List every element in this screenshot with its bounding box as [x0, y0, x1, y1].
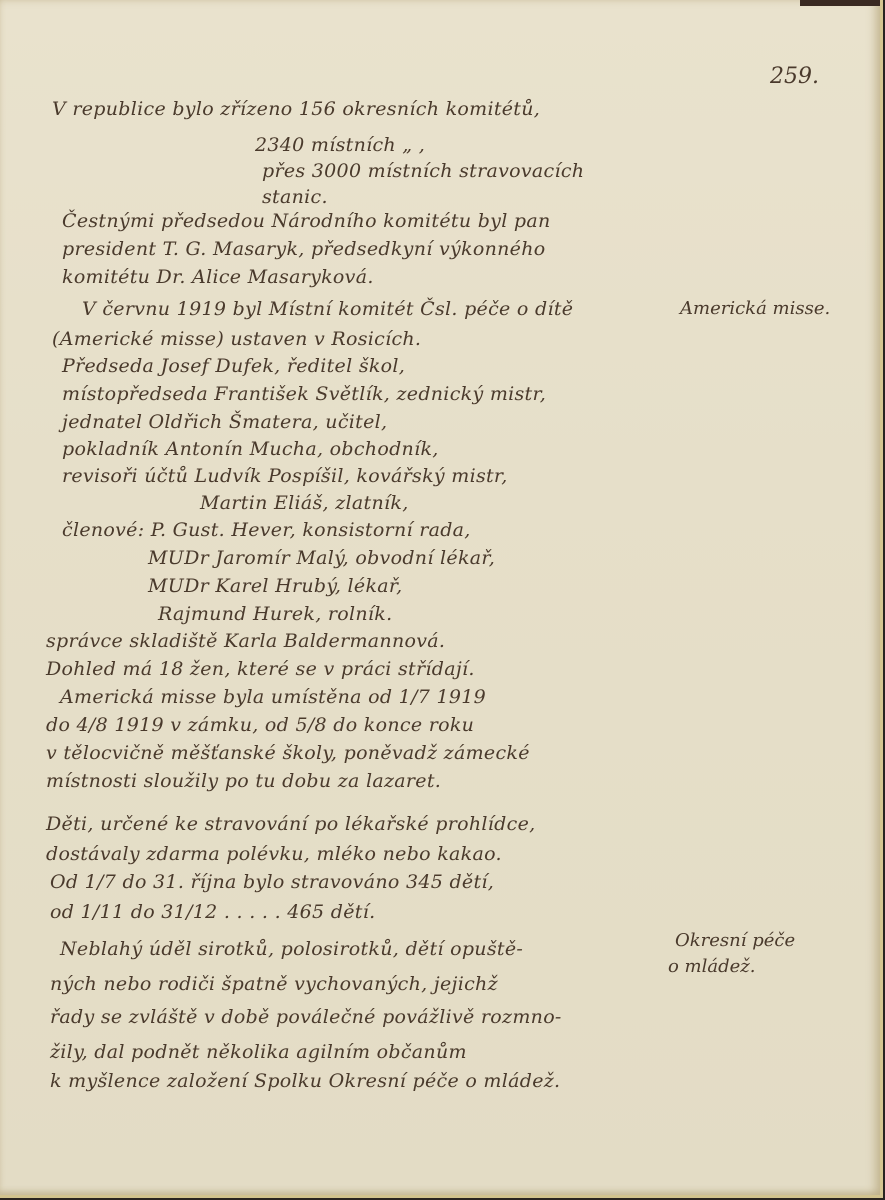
handwritten-line: místnosti sloužily po tu dobu za lazaret…: [46, 772, 441, 791]
handwritten-line: MUDr Karel Hrubý, lékař,: [148, 577, 403, 596]
handwritten-line: přes 3000 místních stravovacích: [262, 162, 584, 181]
handwritten-line: k myšlence založení Spolku Okresní péče …: [50, 1072, 560, 1091]
handwritten-line: V republice bylo zřízeno 156 okresních k…: [52, 100, 540, 119]
handwritten-line: pokladník Antonín Mucha, obchodník,: [62, 440, 439, 459]
handwritten-line: komitétu Dr. Alice Masaryková.: [62, 268, 374, 287]
handwritten-line: Neblahý úděl sirotků, polosirotků, dětí …: [60, 940, 523, 959]
handwritten-line: ných nebo rodiči špatně vychovaných, jej…: [50, 975, 498, 994]
manuscript-page: 259. V republice bylo zřízeno 156 okresn…: [0, 0, 883, 1198]
handwritten-line: revisoři účtů Ludvík Pospíšil, kovářský …: [62, 467, 508, 486]
handwritten-line: místopředseda František Světlík, zednick…: [62, 385, 546, 404]
handwritten-line: Čestnými předsedou Národního komitétu by…: [62, 212, 551, 231]
handwritten-line: jednatel Oldřich Šmatera, učitel,: [62, 413, 387, 432]
handwritten-line: (Americké misse) ustaven v Rosicích.: [52, 330, 421, 349]
page-number: 259.: [770, 64, 819, 89]
handwritten-line: správce skladiště Karla Baldermannová.: [46, 632, 445, 651]
margin-note: Okresní péče: [675, 932, 795, 950]
handwritten-line: řady se zvláště v době poválečné povážli…: [50, 1008, 562, 1027]
handwritten-line: v tělocvičně měšťanské školy, poněvadž z…: [46, 744, 530, 763]
handwritten-line: stanic.: [262, 188, 328, 207]
page-corner-shadow: [800, 0, 880, 6]
handwritten-line: Rajmund Hurek, rolník.: [158, 605, 392, 624]
handwritten-line: Děti, určené ke stravování po lékařské p…: [46, 815, 535, 834]
handwritten-line: MUDr Jaromír Malý, obvodní lékař,: [148, 549, 495, 568]
handwritten-line: žily, dal podnět několika agilním občanů…: [50, 1043, 467, 1062]
handwritten-line: Americká misse byla umístěna od 1/7 1919: [60, 688, 486, 707]
handwritten-line: členové: P. Gust. Hever, konsistorní rad…: [62, 521, 471, 540]
handwritten-line: Předseda Josef Dufek, ředitel škol,: [62, 357, 405, 376]
handwritten-line: Od 1/7 do 31. října bylo stravováno 345 …: [50, 873, 494, 892]
handwritten-line: V červnu 1919 byl Místní komitét Čsl. pé…: [82, 300, 573, 319]
handwritten-line: dostávaly zdarma polévku, mléko nebo kak…: [46, 845, 502, 864]
margin-note: o mládež.: [668, 958, 756, 976]
handwritten-line: 2340 místních „ ,: [255, 136, 425, 155]
handwritten-line: do 4/8 1919 v zámku, od 5/8 do konce rok…: [46, 716, 474, 735]
handwritten-line: president T. G. Masaryk, předsedkyní výk…: [62, 240, 545, 259]
handwritten-line: Dohled má 18 žen, které se v práci stříd…: [46, 660, 475, 679]
handwritten-line: od 1/11 do 31/12 . . . . . 465 dětí.: [50, 903, 375, 922]
margin-note: Americká misse.: [680, 300, 830, 318]
handwritten-line: Martin Eliáš, zlatník,: [200, 494, 409, 513]
